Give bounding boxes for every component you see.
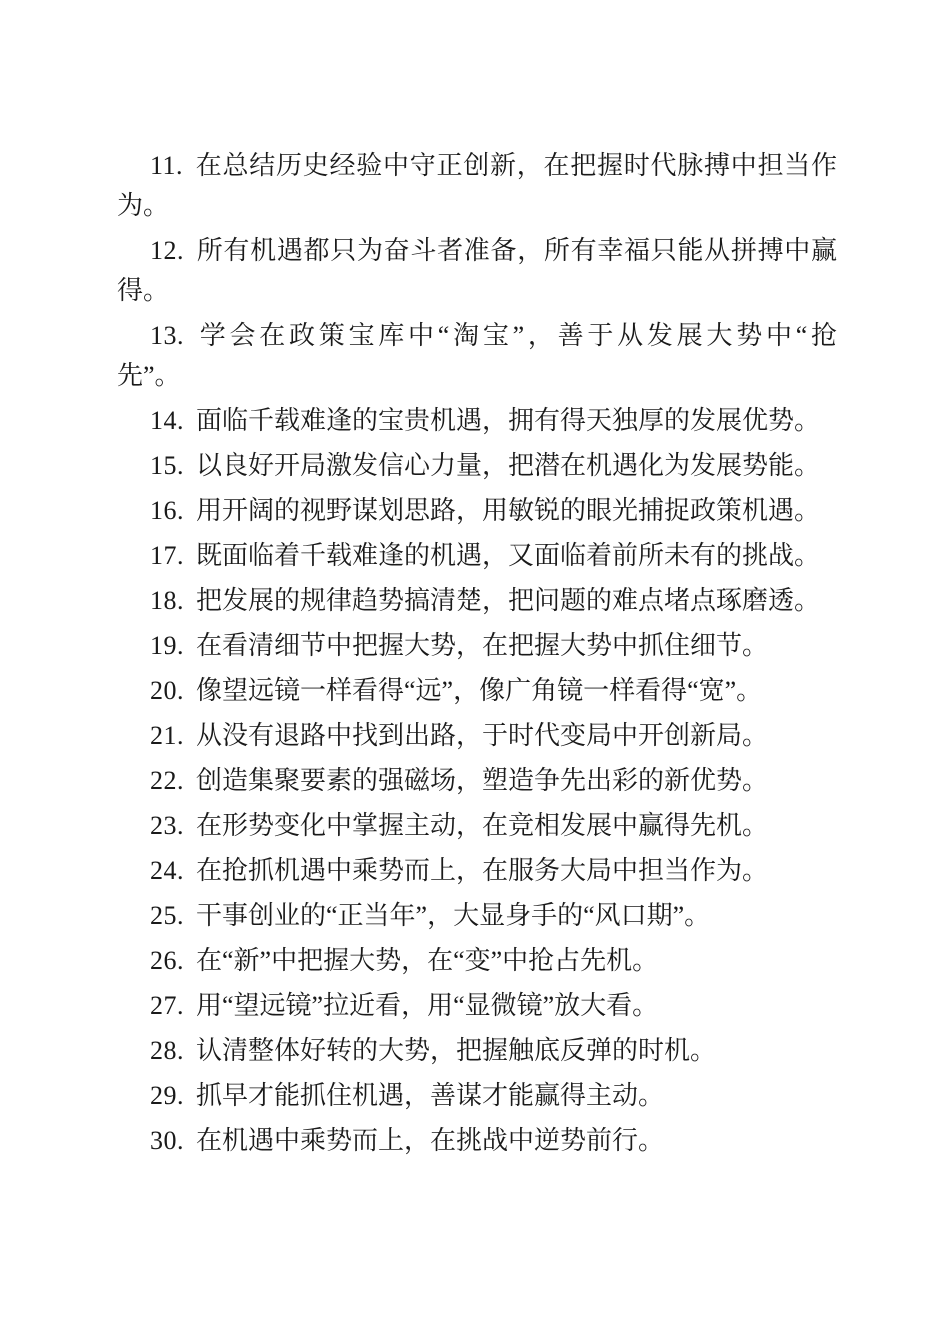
item-text: 干事创业的“正当年”，大显身手的“风口期”。	[196, 901, 710, 930]
item-line: 21.从没有退路中找到出路，于时代变局中开创新局。	[117, 716, 837, 756]
item-number: 18.	[150, 586, 196, 615]
item-line: 30.在机遇中乘势而上，在挑战中逆势前行。	[117, 1121, 837, 1161]
item-text: 在机遇中乘势而上，在挑战中逆势前行。	[196, 1126, 664, 1155]
list-item-27: 27.用“望远镜”拉近看，用“显微镜”放大看。	[117, 986, 837, 1026]
item-line: 12.所有机遇都只为奋斗者准备，所有幸福只能从拼搏中赢	[117, 231, 837, 271]
item-text: 在总结历史经验中守正创新，在把握时代脉搏中担当作	[195, 151, 837, 180]
item-text: 在抢抓机遇中乘势而上，在服务大局中担当作为。	[196, 856, 768, 885]
item-number: 29.	[150, 1081, 196, 1110]
item-line: 17.既面临着千载难逢的机遇，又面临着前所未有的挑战。	[117, 536, 837, 576]
item-text: 在形势变化中掌握主动，在竞相发展中赢得先机。	[196, 811, 768, 840]
item-number: 12.	[150, 236, 196, 265]
item-line-continuation: 先”。	[117, 356, 837, 396]
item-line: 25.干事创业的“正当年”，大显身手的“风口期”。	[117, 896, 837, 936]
item-line: 22.创造集聚要素的强磁场，塑造争先出彩的新优势。	[117, 761, 837, 801]
item-text: 既面临着千载难逢的机遇，又面临着前所未有的挑战。	[196, 541, 820, 570]
item-line: 19.在看清细节中把握大势，在把握大势中抓住细节。	[117, 626, 837, 666]
item-number: 22.	[150, 766, 196, 795]
item-text: 用开阔的视野谋划思路，用敏锐的眼光捕捉政策机遇。	[196, 496, 820, 525]
item-number: 28.	[150, 1036, 196, 1065]
item-number: 19.	[150, 631, 196, 660]
item-text: 用“望远镜”拉近看，用“显微镜”放大看。	[196, 991, 658, 1020]
list-item-23: 23.在形势变化中掌握主动，在竞相发展中赢得先机。	[117, 806, 837, 846]
list-item-16: 16.用开阔的视野谋划思路，用敏锐的眼光捕捉政策机遇。	[117, 491, 837, 531]
item-text: 像望远镜一样看得“远”，像广角镜一样看得“宽”。	[196, 676, 762, 705]
list-item-25: 25.干事创业的“正当年”，大显身手的“风口期”。	[117, 896, 837, 936]
list-item-18: 18.把发展的规律趋势搞清楚，把问题的难点堵点琢磨透。	[117, 581, 837, 621]
item-line: 18.把发展的规律趋势搞清楚，把问题的难点堵点琢磨透。	[117, 581, 837, 621]
item-number: 27.	[150, 991, 196, 1020]
item-line: 16.用开阔的视野谋划思路，用敏锐的眼光捕捉政策机遇。	[117, 491, 837, 531]
item-text: 把发展的规律趋势搞清楚，把问题的难点堵点琢磨透。	[196, 586, 820, 615]
list-item-15: 15.以良好开局激发信心力量，把潜在机遇化为发展势能。	[117, 446, 837, 486]
item-text: 抓早才能抓住机遇，善谋才能赢得主动。	[196, 1081, 664, 1110]
item-line: 26.在“新”中把握大势，在“变”中抢占先机。	[117, 941, 837, 981]
item-number: 25.	[150, 901, 196, 930]
document-page: 11.在总结历史经验中守正创新，在把握时代脉搏中担当作 为。 12.所有机遇都只…	[0, 0, 950, 1344]
item-line: 11.在总结历史经验中守正创新，在把握时代脉搏中担当作	[117, 146, 837, 186]
list-item-22: 22.创造集聚要素的强磁场，塑造争先出彩的新优势。	[117, 761, 837, 801]
item-number: 14.	[150, 406, 196, 435]
list-item-26: 26.在“新”中把握大势，在“变”中抢占先机。	[117, 941, 837, 981]
list-item-14: 14.面临千载难逢的宝贵机遇，拥有得天独厚的发展优势。	[117, 401, 837, 441]
item-number: 21.	[150, 721, 196, 750]
list-item-30: 30.在机遇中乘势而上，在挑战中逆势前行。	[117, 1121, 837, 1161]
list-item-20: 20.像望远镜一样看得“远”，像广角镜一样看得“宽”。	[117, 671, 837, 711]
item-number: 11.	[150, 151, 195, 180]
list-item-24: 24.在抢抓机遇中乘势而上，在服务大局中担当作为。	[117, 851, 837, 891]
item-line: 28.认清整体好转的大势，把握触底反弹的时机。	[117, 1031, 837, 1071]
item-text: 在“新”中把握大势，在“变”中抢占先机。	[196, 946, 658, 975]
list-item-11: 11.在总结历史经验中守正创新，在把握时代脉搏中担当作 为。	[117, 146, 837, 226]
item-line: 24.在抢抓机遇中乘势而上，在服务大局中担当作为。	[117, 851, 837, 891]
list-item-13: 13.学会在政策宝库中“淘宝”，善于从发展大势中“抢 先”。	[117, 316, 837, 396]
item-line-continuation: 得。	[117, 271, 837, 311]
item-line: 13.学会在政策宝库中“淘宝”，善于从发展大势中“抢	[117, 316, 837, 356]
item-number: 15.	[150, 451, 196, 480]
item-text: 学会在政策宝库中“淘宝”，善于从发展大势中“抢	[196, 321, 837, 350]
item-number: 26.	[150, 946, 196, 975]
item-number: 16.	[150, 496, 196, 525]
item-text: 创造集聚要素的强磁场，塑造争先出彩的新优势。	[196, 766, 768, 795]
item-line-continuation: 为。	[117, 186, 837, 226]
item-text: 以良好开局激发信心力量，把潜在机遇化为发展势能。	[196, 451, 820, 480]
item-number: 13.	[150, 321, 196, 350]
item-line: 14.面临千载难逢的宝贵机遇，拥有得天独厚的发展优势。	[117, 401, 837, 441]
list-item-29: 29.抓早才能抓住机遇，善谋才能赢得主动。	[117, 1076, 837, 1116]
item-line: 29.抓早才能抓住机遇，善谋才能赢得主动。	[117, 1076, 837, 1116]
item-line: 23.在形势变化中掌握主动，在竞相发展中赢得先机。	[117, 806, 837, 846]
item-number: 23.	[150, 811, 196, 840]
list-item-21: 21.从没有退路中找到出路，于时代变局中开创新局。	[117, 716, 837, 756]
item-number: 20.	[150, 676, 196, 705]
item-number: 30.	[150, 1126, 196, 1155]
list-item-17: 17.既面临着千载难逢的机遇，又面临着前所未有的挑战。	[117, 536, 837, 576]
item-line: 20.像望远镜一样看得“远”，像广角镜一样看得“宽”。	[117, 671, 837, 711]
item-number: 24.	[150, 856, 196, 885]
item-text: 面临千载难逢的宝贵机遇，拥有得天独厚的发展优势。	[196, 406, 820, 435]
item-text: 所有机遇都只为奋斗者准备，所有幸福只能从拼搏中赢	[196, 236, 837, 265]
list-item-28: 28.认清整体好转的大势，把握触底反弹的时机。	[117, 1031, 837, 1071]
item-line: 27.用“望远镜”拉近看，用“显微镜”放大看。	[117, 986, 837, 1026]
item-number: 17.	[150, 541, 196, 570]
item-text: 在看清细节中把握大势，在把握大势中抓住细节。	[196, 631, 768, 660]
item-text: 从没有退路中找到出路，于时代变局中开创新局。	[196, 721, 768, 750]
item-text: 认清整体好转的大势，把握触底反弹的时机。	[196, 1036, 716, 1065]
list-item-12: 12.所有机遇都只为奋斗者准备，所有幸福只能从拼搏中赢 得。	[117, 231, 837, 311]
item-line: 15.以良好开局激发信心力量，把潜在机遇化为发展势能。	[117, 446, 837, 486]
list-item-19: 19.在看清细节中把握大势，在把握大势中抓住细节。	[117, 626, 837, 666]
